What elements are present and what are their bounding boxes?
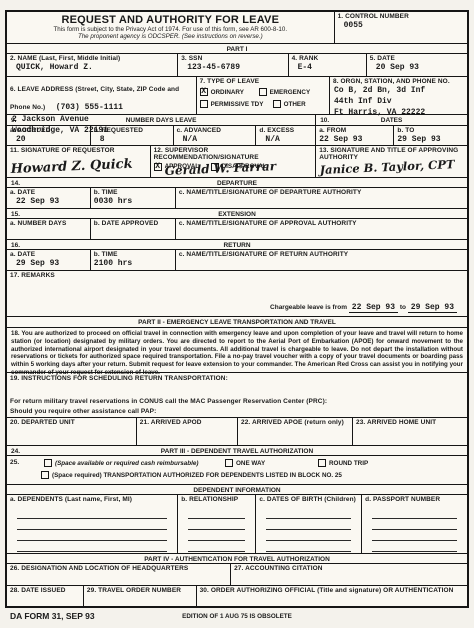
block19-instructions: 19. INSTRUCTIONS FOR SCHEDULING RETURN T… bbox=[7, 372, 467, 417]
extension-date-approved-field[interactable]: b. DATE APPROVED bbox=[90, 219, 175, 239]
other-checkbox[interactable] bbox=[273, 100, 281, 108]
extension-band-inner: 15. EXTENSION bbox=[7, 209, 467, 218]
arrived-apod-field[interactable]: 21. ARRIVED APOD bbox=[136, 418, 237, 445]
block19-line1: For return military travel reservations … bbox=[10, 398, 464, 405]
dates-band: 10. DATES bbox=[315, 115, 467, 125]
chargeable-leave-line: Chargeable leave is from 22 Sep 93 to 29… bbox=[270, 303, 457, 312]
ordinary-checkbox-mark: X bbox=[201, 87, 207, 96]
block16-number: 16. bbox=[11, 242, 20, 249]
date-issued-field[interactable]: 28. DATE ISSUED bbox=[7, 586, 83, 606]
days-values-row: a. ACCRUED 20 b. REQUESTED 8 c. ADVANCED… bbox=[7, 125, 467, 145]
part4-band-title: PART IV - AUTHENTICATION FOR TRAVEL AUTH… bbox=[7, 554, 467, 563]
space-available-label: (Space available or required cash reimbu… bbox=[55, 460, 225, 467]
authentication-row: 28. DATE ISSUED 29. TRAVEL ORDER NUMBER … bbox=[7, 585, 467, 606]
travel-status-row: 20. DEPARTED UNIT 21. ARRIVED APOD 22. A… bbox=[7, 417, 467, 445]
leave-address-field[interactable]: 6. LEAVE ADDRESS (Street, City, State, Z… bbox=[7, 77, 196, 114]
date-label: 5. DATE bbox=[370, 55, 464, 62]
number-days-title: NUMBER DAYS LEAVE bbox=[126, 117, 197, 124]
part1-band: PART I bbox=[7, 43, 467, 53]
block15-number: 15. bbox=[11, 211, 20, 218]
arrived-home-unit-field[interactable]: 23. ARRIVED HOME UNIT bbox=[352, 418, 467, 445]
blank-line[interactable] bbox=[188, 530, 245, 541]
date-field[interactable]: 5. DATE 20 Sep 93 bbox=[366, 54, 467, 76]
approval-checkbox-mark: X bbox=[155, 162, 161, 171]
from-date-value: 22 Sep 93 bbox=[319, 135, 390, 145]
dates-of-birth-column[interactable] bbox=[255, 507, 361, 553]
permissive-tdy-label: PERMISSIVE TDY bbox=[211, 101, 273, 108]
blank-line[interactable] bbox=[372, 508, 457, 519]
date-value: 20 Sep 93 bbox=[376, 63, 464, 73]
blank-line[interactable] bbox=[17, 530, 167, 541]
days-dates-band: 9. NUMBER DAYS LEAVE 10. DATES bbox=[7, 114, 467, 125]
return-authority-field[interactable]: c. NAME/TITLE/SIGNATURE OF RETURN AUTHOR… bbox=[175, 250, 467, 270]
part3-band-title: PART III - DEPENDENT TRAVEL AUTHORIZATIO… bbox=[161, 448, 313, 455]
return-time-field[interactable]: b. TIME 2100 hrs bbox=[90, 250, 175, 270]
date-issued-label: 28. DATE ISSUED bbox=[10, 587, 80, 594]
departed-unit-field[interactable]: 20. DEPARTED UNIT bbox=[7, 418, 136, 445]
accrued-label: a. ACCRUED bbox=[10, 127, 87, 134]
blank-line[interactable] bbox=[372, 530, 457, 541]
control-number-value[interactable]: 0055 bbox=[344, 21, 464, 31]
return-time-label: b. TIME bbox=[94, 251, 172, 258]
extension-authority-field[interactable]: c. NAME/TITLE/SIGNATURE OF APPROVAL AUTH… bbox=[175, 219, 467, 239]
emergency-checkbox[interactable] bbox=[259, 88, 267, 96]
name-label: 2. NAME (Last, First, Middle Initial) bbox=[10, 55, 174, 62]
travel-order-number-label: 29. TRAVEL ORDER NUMBER bbox=[87, 587, 193, 594]
form-number: DA FORM 31, SEP 93 bbox=[10, 611, 95, 621]
scanned-da-form-31: { "header": { "title": "REQUEST AND AUTH… bbox=[0, 0, 474, 628]
headquarters-field[interactable]: 26. DESIGNATION AND LOCATION OF HEADQUAR… bbox=[7, 564, 230, 585]
supervisor-recommendation-label: 12. SUPERVISOR RECOMMENDATION/SIGNATURE bbox=[154, 147, 313, 162]
chargeable-to-value: 29 Sep 93 bbox=[408, 303, 457, 313]
emergency-label: EMERGENCY bbox=[270, 89, 311, 96]
extension-days-label: a. NUMBER DAYS bbox=[10, 220, 87, 227]
arrived-apod-label: 21. ARRIVED APOD bbox=[140, 419, 234, 426]
dates-of-birth-header-label: c. DATES OF BIRTH (Children) bbox=[259, 496, 358, 503]
rank-label: 4. RANK bbox=[292, 55, 363, 62]
return-date-field[interactable]: a. DATE 29 Sep 93 bbox=[7, 250, 90, 270]
departure-band-inner: 14. DEPARTURE bbox=[7, 178, 467, 187]
rank-field[interactable]: 4. RANK E-4 bbox=[288, 54, 366, 76]
to-date-field[interactable]: b. TO 29 Sep 93 bbox=[393, 126, 467, 145]
approval-checkbox[interactable]: X bbox=[154, 163, 162, 171]
advanced-value: N/A bbox=[183, 135, 253, 145]
form-title-block: REQUEST AND AUTHORITY FOR LEAVE This for… bbox=[7, 12, 334, 43]
part3-band: 24. PART III - DEPENDENT TRAVEL AUTHORIZ… bbox=[7, 445, 467, 455]
return-date-label: a. DATE bbox=[10, 251, 87, 258]
passport-number-column-header: d. PASSPORT NUMBER bbox=[361, 495, 467, 507]
ordinary-checkbox[interactable]: X bbox=[200, 88, 208, 96]
return-authority-label: c. NAME/TITLE/SIGNATURE OF RETURN AUTHOR… bbox=[179, 251, 464, 258]
extension-days-field[interactable]: a. NUMBER DAYS bbox=[7, 219, 90, 239]
dependents-column[interactable] bbox=[7, 507, 177, 553]
passport-number-header-label: d. PASSPORT NUMBER bbox=[365, 496, 464, 503]
part2-band: PART II - EMERGENCY LEAVE TRANSPORTATION… bbox=[7, 316, 467, 327]
type-of-leave-field: 7. TYPE OF LEAVE X ORDINARY EMERGENCY PE… bbox=[196, 77, 329, 114]
block18-paragraph: 18. You are authorized to proceed on off… bbox=[7, 328, 467, 372]
from-date-label: a. FROM bbox=[319, 127, 390, 134]
part1-band-title: PART I bbox=[7, 44, 467, 53]
type-of-leave-label: 7. TYPE OF LEAVE bbox=[200, 78, 326, 85]
block9-number: 9. bbox=[11, 117, 16, 124]
from-date-field[interactable]: a. FROM 22 Sep 93 bbox=[315, 126, 393, 145]
da-form-31: REQUEST AND AUTHORITY FOR LEAVE This for… bbox=[5, 10, 469, 608]
approving-authority-field[interactable]: 13. SIGNATURE AND TITLE OF APPROVING AUT… bbox=[315, 146, 467, 177]
departure-authority-label: c. NAME/TITLE/SIGNATURE OF DEPARTURE AUT… bbox=[179, 189, 464, 196]
travel-order-number-field[interactable]: 29. TRAVEL ORDER NUMBER bbox=[83, 586, 196, 606]
one-way-label: ONE WAY bbox=[236, 460, 318, 467]
chargeable-to-text: to bbox=[400, 304, 406, 311]
extension-title: EXTENSION bbox=[218, 211, 256, 218]
privacy-act-line2: The proponent agency is ODCSPER. (See in… bbox=[10, 33, 331, 40]
ssn-value: 123-45-6789 bbox=[187, 63, 284, 73]
orgn-station-label: 8. ORGN, STATION, AND PHONE NO. bbox=[333, 78, 464, 85]
departure-date-field[interactable]: a. DATE 22 Sep 93 bbox=[7, 188, 90, 208]
block19-label: 19. INSTRUCTIONS FOR SCHEDULING RETURN T… bbox=[7, 373, 467, 384]
dependents-column-header: a. DEPENDENTS (Last name, First, MI) bbox=[7, 495, 177, 507]
return-title: RETURN bbox=[223, 242, 250, 249]
return-time-value: 2100 hrs bbox=[94, 259, 172, 269]
requested-label: b. REQUESTED bbox=[94, 127, 170, 134]
blank-line[interactable] bbox=[266, 519, 351, 530]
departure-time-field[interactable]: b. TIME 0030 hrs bbox=[90, 188, 175, 208]
return-date-value: 29 Sep 93 bbox=[16, 259, 87, 269]
form-title: REQUEST AND AUTHORITY FOR LEAVE bbox=[10, 14, 331, 26]
identity-row: 2. NAME (Last, First, Middle Initial) QU… bbox=[7, 53, 467, 76]
extension-row: a. NUMBER DAYS b. DATE APPROVED c. NAME/… bbox=[7, 218, 467, 239]
blank-line[interactable] bbox=[372, 541, 457, 552]
space-required-label: (Space required) TRANSPORTATION AUTHORIZ… bbox=[52, 472, 342, 479]
blank-line[interactable] bbox=[17, 519, 167, 530]
block18-paragraph-row: 18. You are authorized to proceed on off… bbox=[7, 327, 467, 372]
requestor-signature-field[interactable]: 11. SIGNATURE OF REQUESTOR Howard Z. Qui… bbox=[7, 146, 150, 177]
remarks-label: 17. REMARKS bbox=[7, 271, 467, 280]
other-label: OTHER bbox=[284, 101, 306, 108]
orgn-station-field[interactable]: 8. ORGN, STATION, AND PHONE NO. Co B, 2d… bbox=[329, 77, 467, 114]
departure-band: 14. DEPARTURE bbox=[7, 177, 467, 187]
block19-line2: Should you require other assistance call… bbox=[10, 408, 464, 415]
name-field[interactable]: 2. NAME (Last, First, Middle Initial) QU… bbox=[7, 54, 177, 76]
part4-band: PART IV - AUTHENTICATION FOR TRAVEL AUTH… bbox=[7, 553, 467, 563]
requestor-signature-label: 11. SIGNATURE OF REQUESTOR bbox=[10, 147, 147, 154]
blank-line[interactable] bbox=[17, 541, 167, 552]
requestor-signature: Howard Z. Quick bbox=[10, 157, 133, 177]
return-row: a. DATE 29 Sep 93 b. TIME 2100 hrs c. NA… bbox=[7, 249, 467, 270]
blank-line[interactable] bbox=[266, 508, 351, 519]
accounting-citation-label: 27. ACCOUNTING CITATION bbox=[234, 565, 464, 572]
edition-note: EDITION OF 1 AUG 75 IS OBSOLETE bbox=[182, 613, 292, 620]
part2-band-title: PART II - EMERGENCY LEAVE TRANSPORTATION… bbox=[7, 317, 467, 327]
return-band-inner: 16. RETURN bbox=[7, 240, 467, 249]
block14-number: 14. bbox=[11, 180, 20, 187]
leave-address-phone: (703) 555-1111 bbox=[56, 103, 123, 112]
control-number-block: 1. CONTROL NUMBER 0055 bbox=[334, 12, 467, 43]
round-trip-label: ROUND TRIP bbox=[329, 460, 368, 467]
remarks-block[interactable]: 17. REMARKS Chargeable leave is from 22 … bbox=[7, 270, 467, 316]
advanced-label: c. ADVANCED bbox=[177, 127, 253, 134]
extension-authority-label: c. NAME/TITLE/SIGNATURE OF APPROVAL AUTH… bbox=[179, 220, 464, 227]
form-footer: DA FORM 31, SEP 93 EDITION OF 1 AUG 75 I… bbox=[5, 611, 469, 621]
round-trip-checkbox[interactable] bbox=[318, 459, 326, 467]
excess-label: d. EXCESS bbox=[259, 127, 312, 134]
departure-authority-field[interactable]: c. NAME/TITLE/SIGNATURE OF DEPARTURE AUT… bbox=[175, 188, 467, 208]
relationship-column-header: b. RELATIONSHIP bbox=[177, 495, 255, 507]
dependents-header-label: a. DEPENDENTS (Last name, First, MI) bbox=[10, 496, 174, 503]
departure-date-label: a. DATE bbox=[10, 189, 87, 196]
block25-number: 25. bbox=[10, 459, 44, 466]
excess-field[interactable]: d. EXCESS N/A bbox=[255, 126, 315, 145]
excess-value: N/A bbox=[265, 135, 312, 145]
requested-value: 8 bbox=[100, 135, 170, 145]
name-value: QUICK, Howard Z. bbox=[16, 63, 174, 73]
block25-dependent-travel: 25. (Space available or required cash re… bbox=[7, 455, 467, 484]
form-header: REQUEST AND AUTHORITY FOR LEAVE This for… bbox=[7, 12, 467, 43]
blank-line[interactable] bbox=[17, 508, 167, 519]
advanced-field[interactable]: c. ADVANCED N/A bbox=[173, 126, 256, 145]
space-required-checkbox[interactable] bbox=[41, 471, 49, 479]
orgn-line1: Co B, 2d Bn, 3d Inf bbox=[334, 86, 464, 96]
blank-line[interactable] bbox=[372, 519, 457, 530]
departure-date-value: 22 Sep 93 bbox=[16, 197, 87, 207]
departure-time-value: 0030 hrs bbox=[94, 197, 172, 207]
accrued-field[interactable]: a. ACCRUED 20 bbox=[7, 126, 90, 145]
order-authorizing-official-field[interactable]: 30. ORDER AUTHORIZING OFFICIAL (Title an… bbox=[196, 586, 467, 606]
relationship-header-label: b. RELATIONSHIP bbox=[181, 496, 252, 503]
orgn-line2: 44th Inf Div bbox=[334, 97, 464, 107]
blank-line[interactable] bbox=[266, 541, 351, 552]
headquarters-label: 26. DESIGNATION AND LOCATION OF HEADQUAR… bbox=[10, 565, 227, 572]
accounting-citation-field[interactable]: 27. ACCOUNTING CITATION bbox=[230, 564, 467, 585]
to-date-label: b. TO bbox=[397, 127, 464, 134]
permissive-tdy-checkbox[interactable] bbox=[200, 100, 208, 108]
dates-title: DATES bbox=[381, 117, 403, 124]
requested-field[interactable]: b. REQUESTED 8 bbox=[90, 126, 173, 145]
departed-unit-label: 20. DEPARTED UNIT bbox=[10, 419, 133, 426]
arrived-home-unit-label: 23. ARRIVED HOME UNIT bbox=[356, 419, 464, 426]
blank-line[interactable] bbox=[266, 530, 351, 541]
to-date-value: 29 Sep 93 bbox=[397, 135, 464, 145]
ssn-field[interactable]: 3. SSN 123-45-6789 bbox=[177, 54, 287, 76]
address-row: 6. LEAVE ADDRESS (Street, City, State, Z… bbox=[7, 76, 467, 114]
part3-band-inner: 24. PART III - DEPENDENT TRAVEL AUTHORIZ… bbox=[7, 446, 467, 455]
departure-title: DEPARTURE bbox=[217, 180, 257, 187]
blank-line[interactable] bbox=[188, 519, 245, 530]
arrived-apoe-field[interactable]: 22. ARRIVED APOE (return only) bbox=[237, 418, 352, 445]
dates-of-birth-column-header: c. DATES OF BIRTH (Children) bbox=[255, 495, 361, 507]
privacy-act-line1: This form is subject to the Privacy Act … bbox=[10, 26, 331, 33]
relationship-column[interactable] bbox=[177, 507, 255, 553]
dependent-information-title: DEPENDENT INFORMATION bbox=[7, 485, 467, 494]
chargeable-leave-text: Chargeable leave is from bbox=[270, 304, 347, 311]
chargeable-from-value: 22 Sep 93 bbox=[349, 303, 398, 313]
one-way-checkbox[interactable] bbox=[225, 459, 233, 467]
space-available-checkbox[interactable] bbox=[44, 459, 52, 467]
blank-line[interactable] bbox=[188, 541, 245, 552]
ordinary-label: ORDINARY bbox=[211, 89, 259, 96]
departure-row: a. DATE 22 Sep 93 b. TIME 0030 hrs c. NA… bbox=[7, 187, 467, 208]
headquarters-row: 26. DESIGNATION AND LOCATION OF HEADQUAR… bbox=[7, 563, 467, 585]
order-authorizing-official-label: 30. ORDER AUTHORIZING OFFICIAL (Title an… bbox=[200, 587, 464, 594]
departure-time-label: b. TIME bbox=[94, 189, 172, 196]
control-number-label: 1. CONTROL NUMBER bbox=[338, 13, 464, 20]
arrived-apoe-label: 22. ARRIVED APOE (return only) bbox=[241, 419, 349, 426]
rank-value: E-4 bbox=[298, 63, 363, 73]
extension-date-approved-label: b. DATE APPROVED bbox=[94, 220, 172, 227]
block24-number: 24. bbox=[11, 448, 20, 455]
supervisor-recommendation-field: 12. SUPERVISOR RECOMMENDATION/SIGNATURE … bbox=[150, 146, 316, 177]
extension-band: 15. EXTENSION bbox=[7, 208, 467, 218]
block10-number: 10. bbox=[320, 117, 329, 124]
number-days-band: 9. NUMBER DAYS LEAVE bbox=[7, 115, 315, 125]
ssn-label: 3. SSN bbox=[181, 55, 284, 62]
return-band: 16. RETURN bbox=[7, 239, 467, 249]
accrued-value: 20 bbox=[16, 135, 87, 145]
signatures-row: 11. SIGNATURE OF REQUESTOR Howard Z. Qui… bbox=[7, 145, 467, 177]
dependent-table-body bbox=[7, 507, 467, 553]
dependent-information-band: DEPENDENT INFORMATION bbox=[7, 484, 467, 494]
dependent-table-header-row: a. DEPENDENTS (Last name, First, MI) b. … bbox=[7, 494, 467, 507]
blank-line[interactable] bbox=[188, 508, 245, 519]
passport-number-column[interactable] bbox=[361, 507, 467, 553]
